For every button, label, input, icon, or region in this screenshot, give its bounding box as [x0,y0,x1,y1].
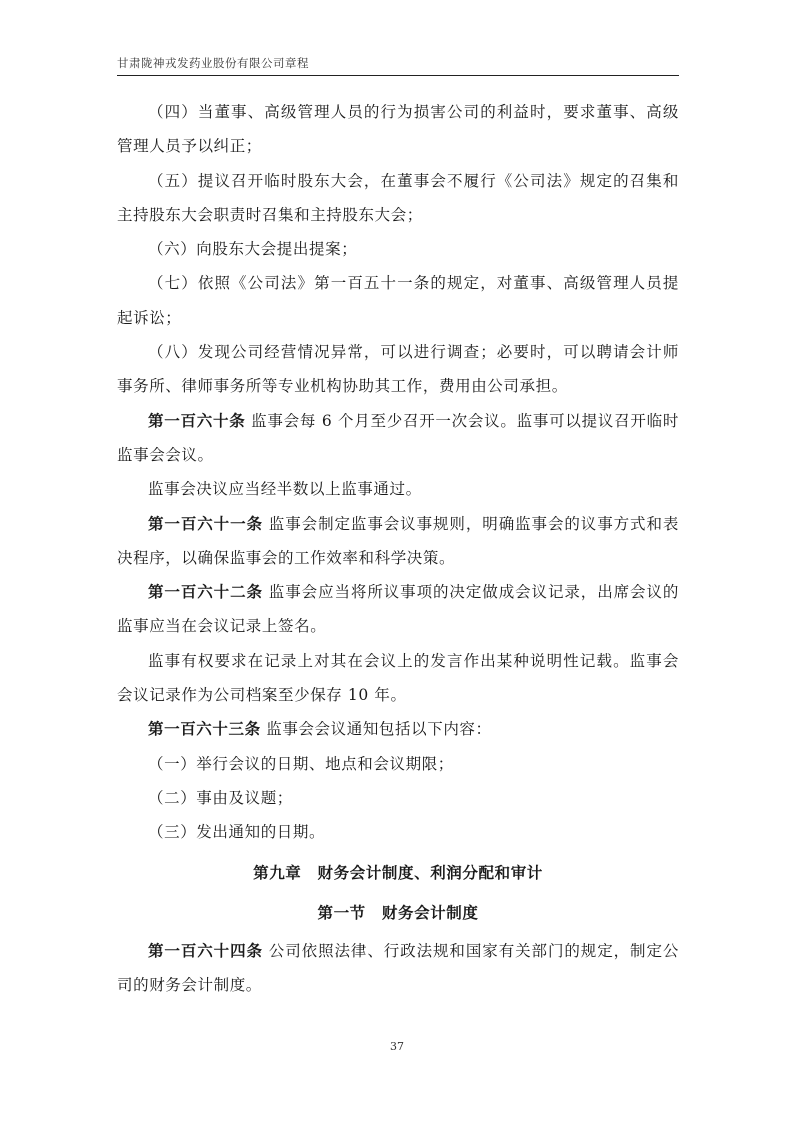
article-162: 第一百六十二条 监事会应当将所议事项的决定做成会议记录，出席会议的监事应当在会议… [117,575,679,644]
page-number: 37 [0,1040,794,1053]
article-label: 第一百六十三条 [148,719,261,738]
paragraph-item-7: （七）依照《公司法》第一百五十一条的规定，对董事、高级管理人员提起诉讼； [117,266,679,335]
article-label: 第一百六十条 [148,411,245,430]
list-item-2: （二）事由及议题； [117,781,679,815]
paragraph-item-4: （四）当董事、高级管理人员的行为损害公司的利益时，要求董事、高级管理人员予以纠正… [117,95,679,164]
article-163: 第一百六十三条 监事会会议通知包括以下内容： [117,712,679,746]
paragraph-item-5: （五）提议召开临时股东大会，在董事会不履行《公司法》规定的召集和主持股东大会职责… [117,164,679,233]
article-164: 第一百六十四条 公司依照法律、行政法规和国家有关部门的规定，制定公司的财务会计制… [117,934,679,1003]
paragraph-records: 监事有权要求在记录上对其在会议上的发言作出某种说明性记载。监事会会议记录作为公司… [117,644,679,713]
document-header: 甘肃陇神戎发药业股份有限公司章程 [117,55,679,76]
article-label: 第一百六十一条 [148,514,263,533]
article-text: 监事会会议通知包括以下内容： [261,720,492,738]
list-item-1: （一）举行会议的日期、地点和会议期限； [117,747,679,781]
paragraph-resolution: 监事会决议应当经半数以上监事通过。 [117,472,679,506]
chapter-title: 第九章 财务会计制度、利润分配和审计 [117,856,679,890]
article-label: 第一百六十二条 [148,582,263,601]
article-161: 第一百六十一条 监事会制定监事会议事规则，明确监事会的议事方式和表决程序，以确保… [117,507,679,576]
article-160: 第一百六十条 监事会每 6 个月至少召开一次会议。监事可以提议召开临时监事会会议… [117,404,679,473]
list-item-3: （三）发出通知的日期。 [117,815,679,849]
paragraph-item-8: （八）发现公司经营情况异常，可以进行调查；必要时，可以聘请会计师事务所、律师事务… [117,335,679,404]
document-body: （四）当董事、高级管理人员的行为损害公司的利益时，要求董事、高级管理人员予以纠正… [117,95,679,1003]
article-label: 第一百六十四条 [148,941,263,960]
section-title: 第一节 财务会计制度 [117,896,679,930]
paragraph-item-6: （六）向股东大会提出提案； [117,232,679,266]
